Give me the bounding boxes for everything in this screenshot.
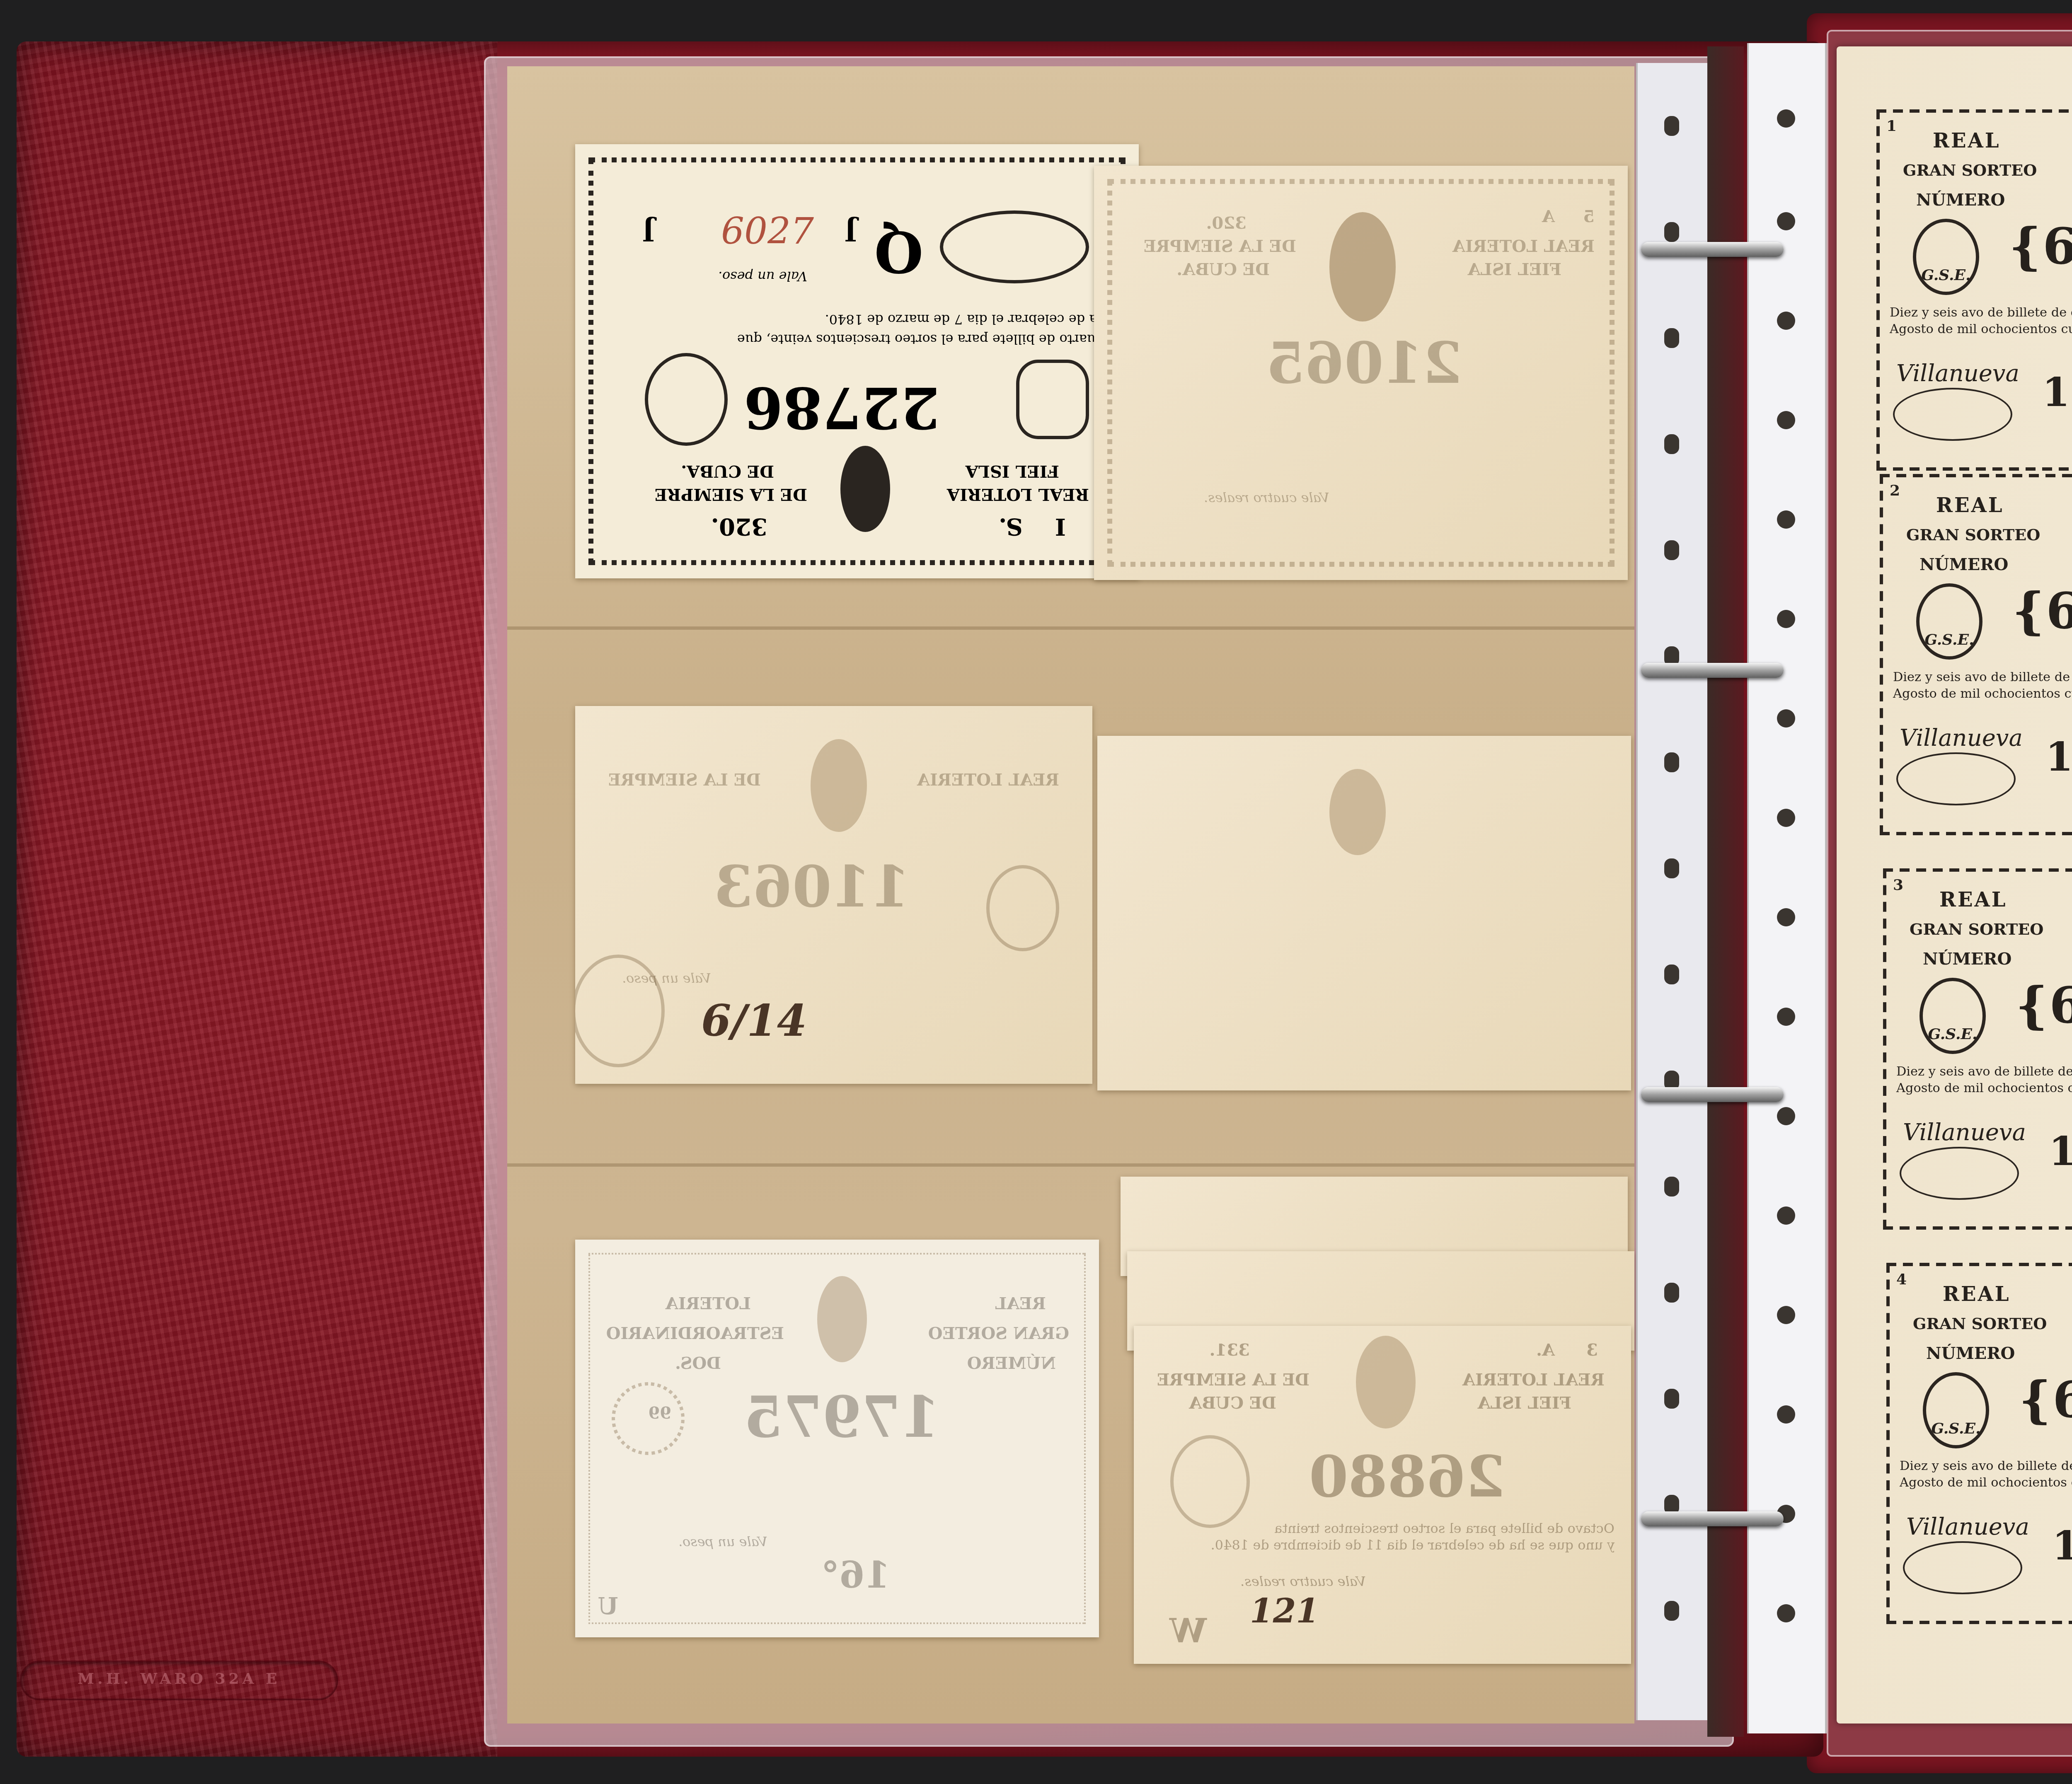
pocket-divider bbox=[507, 626, 1634, 630]
handwritten-number: 121 bbox=[1250, 1591, 1319, 1631]
royal-crest-icon bbox=[840, 446, 890, 532]
cover-embossed-logo: M.H. WARO 32A E bbox=[20, 1661, 338, 1700]
lottery-ticket-17975-reverse: REAL GRAN SORTEO NÚMERO LOTERIA ESTRAORD… bbox=[575, 1240, 1099, 1637]
oval-stamp bbox=[645, 353, 728, 446]
signature-flourish bbox=[940, 210, 1089, 283]
uncut-lottery-sheet: 1 REAL GRAN SORTEO NÚMERO LOTERIA ESTRAO… bbox=[1837, 46, 2072, 1724]
royal-crest-icon bbox=[1356, 1336, 1416, 1429]
lottery-ticket-22786: I S. 320. REAL LOTERIA FIEL ISLA DE LA S… bbox=[575, 144, 1139, 578]
lottery-ticket-26880-reverse: 3 A. 331. REAL LOTERIA FIEL ISLA DE LA S… bbox=[1134, 1326, 1631, 1664]
monogram-stamp: G.S.E. bbox=[1923, 1372, 1989, 1448]
royal-crest-icon bbox=[1329, 212, 1396, 322]
signature-flourish bbox=[1896, 752, 2016, 805]
lottery-ticket-reverse bbox=[1097, 736, 1631, 1090]
monogram-stamp: G.S.E. bbox=[1916, 583, 1982, 660]
royal-crest-icon bbox=[811, 739, 867, 832]
left-sleeve-hole-strip bbox=[1636, 63, 1709, 1720]
signature-flourish bbox=[1893, 388, 2012, 441]
monogram-stamp: G.S.E. bbox=[1920, 978, 1986, 1054]
sheet-ticket-2: 2 REAL GRAN SORTEO NÚMERO LOTERIA ESTRAO… bbox=[1880, 474, 2072, 835]
binder-ring-2 bbox=[1641, 663, 1784, 678]
sheet-ticket-1: 1 REAL GRAN SORTEO NÚMERO LOTERIA ESTRAO… bbox=[1876, 109, 2072, 471]
handwritten-number: 6/14 bbox=[701, 998, 807, 1047]
binder-ring-3 bbox=[1641, 1087, 1784, 1102]
lottery-ticket-21065-reverse: 5 A 320. REAL LOTERIA FIEL ISLA DE LA SI… bbox=[1094, 166, 1628, 580]
right-sheet-hole-strip bbox=[1747, 43, 1827, 1733]
sheet-ticket-4: 4 REAL GRAN SORTEO NÚMERO LOTERIA ESTRAO… bbox=[1886, 1263, 2072, 1624]
binder-spine bbox=[1707, 46, 1744, 1737]
octagon-stamp bbox=[1016, 360, 1089, 439]
pocket-divider bbox=[507, 1163, 1634, 1167]
signature-flourish bbox=[1900, 1147, 2019, 1200]
photo-scene: M.H. WARO 32A E I S. 320. REAL LOTERIA F… bbox=[0, 0, 2072, 1784]
binder-ring-4 bbox=[1641, 1511, 1784, 1526]
signature-flourish bbox=[1903, 1541, 2022, 1594]
binder-ring-1 bbox=[1641, 242, 1784, 257]
royal-crest-icon bbox=[817, 1276, 867, 1362]
lottery-ticket-11063-reverse: REAL LOTERIA DE LA SIEMPRE 11063 Vale un… bbox=[575, 706, 1092, 1084]
sheet-ticket-3: 3 REAL GRAN SORTEO NÚMERO LOTERIA ESTRAO… bbox=[1883, 868, 2072, 1230]
monogram-stamp: G.S.E. bbox=[1913, 219, 1979, 295]
royal-crest-icon bbox=[1329, 769, 1386, 855]
leather-texture bbox=[17, 41, 497, 1757]
